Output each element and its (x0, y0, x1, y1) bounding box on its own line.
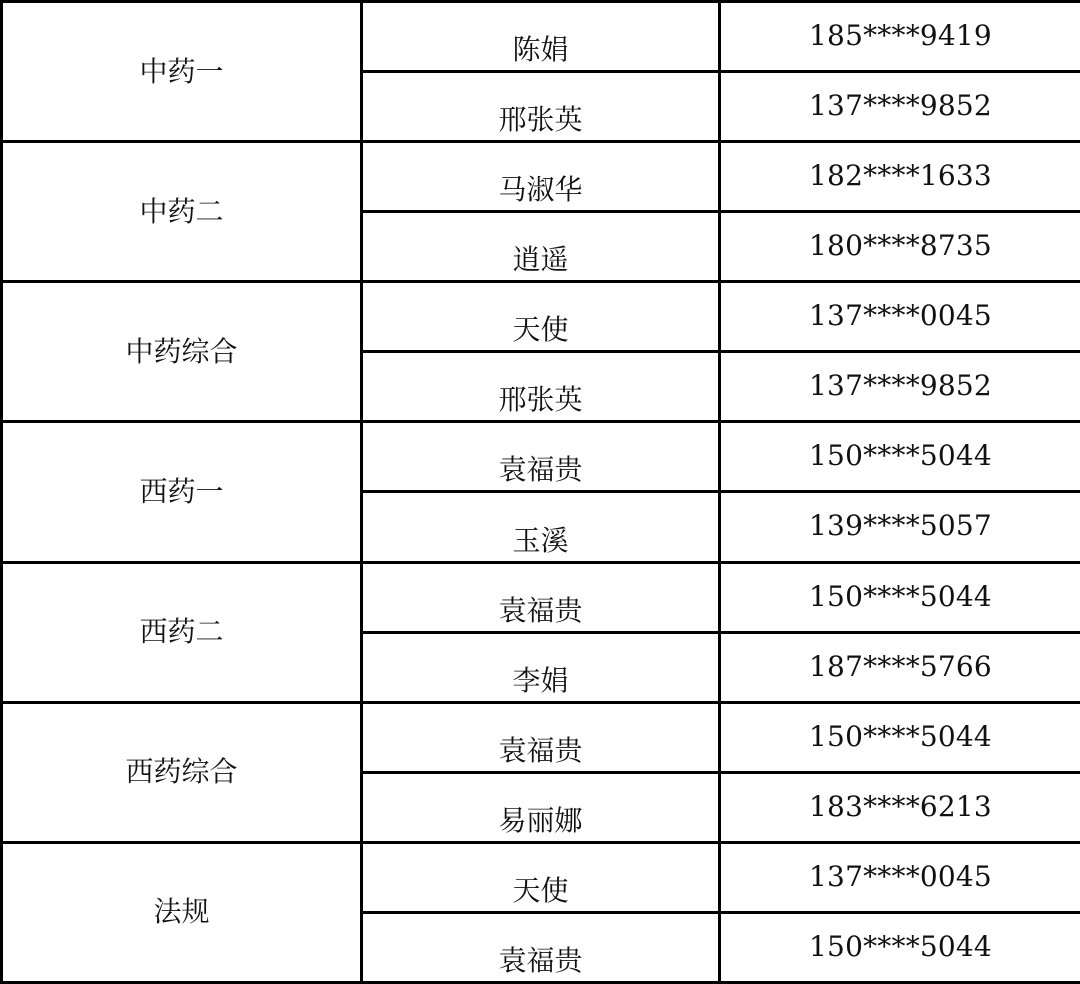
contact-phone: 183****6213 (809, 774, 992, 823)
group-label: 中药二 (139, 195, 223, 228)
name-cell: 天使 (362, 282, 720, 352)
group-cell: 法规 (2, 842, 362, 982)
contact-table: 中药一 陈娟 185****9419 邢张英 137****9852 中药二 马… (0, 0, 1080, 984)
contact-phone: 150****5044 (809, 704, 992, 753)
phone-cell: 137****9852 (720, 72, 1080, 142)
name-cell: 邢张英 (362, 352, 720, 422)
contact-phone: 137****0045 (809, 844, 992, 893)
contact-phone: 137****0045 (809, 283, 992, 332)
table-row: 法规 天使 137****0045 (2, 842, 1080, 912)
contact-name: 袁福贵 (498, 729, 582, 771)
table-row: 中药综合 天使 137****0045 (2, 282, 1080, 352)
name-cell: 邢张英 (362, 72, 720, 142)
phone-cell: 137****9852 (720, 352, 1080, 422)
phone-cell: 150****5044 (720, 702, 1080, 772)
group-label: 中药一 (139, 55, 223, 88)
phone-cell: 150****5044 (720, 562, 1080, 632)
name-cell: 天使 (362, 842, 720, 912)
contact-name: 袁福贵 (498, 939, 582, 981)
contact-name: 陈娟 (512, 28, 568, 70)
group-cell: 西药综合 (2, 702, 362, 842)
phone-cell: 150****5044 (720, 912, 1080, 982)
phone-cell: 137****0045 (720, 842, 1080, 912)
contact-phone: 182****1633 (809, 143, 992, 192)
phone-cell: 187****5766 (720, 632, 1080, 702)
phone-cell: 139****5057 (720, 492, 1080, 562)
group-cell: 西药二 (2, 562, 362, 702)
group-cell: 西药一 (2, 422, 362, 562)
contact-phone: 185****9419 (809, 3, 992, 52)
contact-phone: 150****5044 (809, 423, 992, 472)
contact-phone: 137****9852 (809, 353, 992, 402)
name-cell: 袁福贵 (362, 912, 720, 982)
contact-name: 马淑华 (498, 168, 582, 210)
name-cell: 逍遥 (362, 212, 720, 282)
phone-cell: 185****9419 (720, 2, 1080, 72)
group-cell: 中药一 (2, 2, 362, 142)
contact-phone: 139****5057 (809, 493, 992, 542)
table-row: 中药一 陈娟 185****9419 (2, 2, 1080, 72)
contact-name: 逍遥 (512, 238, 568, 280)
group-label: 法规 (153, 895, 209, 928)
contact-name: 袁福贵 (498, 589, 582, 631)
contact-name: 天使 (512, 308, 568, 350)
contact-phone: 187****5766 (809, 634, 992, 683)
name-cell: 易丽娜 (362, 772, 720, 842)
name-cell: 袁福贵 (362, 422, 720, 492)
name-cell: 玉溪 (362, 492, 720, 562)
table-row: 西药综合 袁福贵 150****5044 (2, 702, 1080, 772)
contact-name: 天使 (512, 869, 568, 911)
contact-name: 邢张英 (498, 98, 582, 140)
table-row: 西药二 袁福贵 150****5044 (2, 562, 1080, 632)
contact-name: 邢张英 (498, 378, 582, 420)
name-cell: 袁福贵 (362, 562, 720, 632)
phone-cell: 150****5044 (720, 422, 1080, 492)
group-cell: 中药综合 (2, 282, 362, 422)
phone-cell: 180****8735 (720, 212, 1080, 282)
table-row: 中药二 马淑华 182****1633 (2, 142, 1080, 212)
group-label: 中药综合 (125, 335, 237, 368)
group-label: 西药综合 (125, 755, 237, 788)
contact-name: 易丽娜 (498, 799, 582, 841)
contact-name: 玉溪 (512, 519, 568, 561)
group-label: 西药二 (139, 615, 223, 648)
table-row: 西药一 袁福贵 150****5044 (2, 422, 1080, 492)
group-cell: 中药二 (2, 142, 362, 282)
group-label: 西药一 (139, 475, 223, 508)
contact-phone: 150****5044 (809, 564, 992, 613)
name-cell: 马淑华 (362, 142, 720, 212)
phone-cell: 137****0045 (720, 282, 1080, 352)
phone-cell: 183****6213 (720, 772, 1080, 842)
name-cell: 陈娟 (362, 2, 720, 72)
name-cell: 袁福贵 (362, 702, 720, 772)
contact-phone: 180****8735 (809, 213, 992, 262)
contact-phone: 137****9852 (809, 73, 992, 122)
contact-phone: 150****5044 (809, 914, 992, 963)
phone-cell: 182****1633 (720, 142, 1080, 212)
name-cell: 李娟 (362, 632, 720, 702)
contact-name: 袁福贵 (498, 448, 582, 490)
contact-name: 李娟 (512, 659, 568, 701)
